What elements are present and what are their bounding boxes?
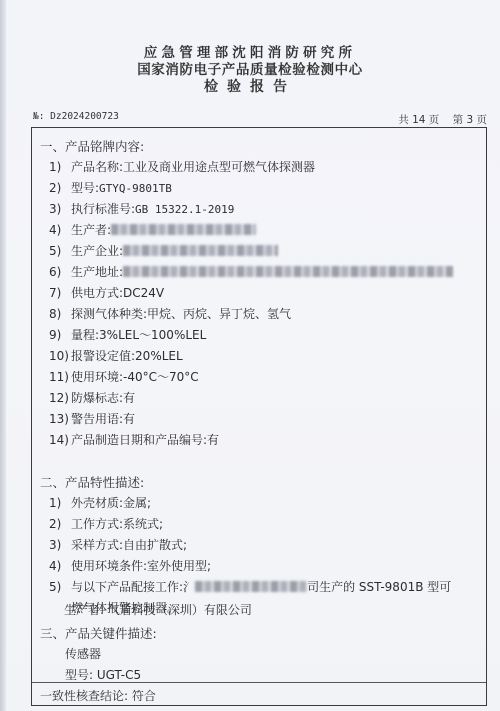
current-page: 第 3 页 bbox=[453, 114, 487, 126]
page-info: 共 14 页 第 3 页 bbox=[388, 112, 487, 127]
section1-title: 一、产品铭牌内容: bbox=[40, 137, 144, 155]
total-pages: 共 14 页 bbox=[398, 114, 439, 126]
redacted-address bbox=[123, 266, 453, 277]
redacted-enterprise bbox=[123, 245, 278, 256]
conformity-conclusion: 一致性核查结论: 符合 bbox=[40, 687, 156, 704]
s1-item-8: 8)探测气体种类:甲烷、丙烷、异丁烷、氢气 bbox=[49, 305, 291, 322]
redacted-controller-maker bbox=[195, 581, 307, 592]
center-name: 国家消防电子产品质量检验检测中心 bbox=[0, 58, 500, 78]
redacted-producer bbox=[111, 224, 256, 235]
s1-item-1: 1)产品名称:工业及商业用途点型可燃气体探测器 bbox=[49, 158, 315, 175]
s2-item-1: 1)外壳材质:金属; bbox=[49, 494, 151, 511]
component-model: 型号: UGT-C5 bbox=[65, 666, 141, 683]
component-manufacturer: 生产者: 气盾科技（深圳）有限公司 bbox=[64, 601, 252, 618]
report-number: №: Dz2024200723 bbox=[33, 111, 119, 122]
s2-item-4: 4)使用环境条件:室外使用型; bbox=[49, 557, 211, 574]
s1-item-13: 13)警告用语:有 bbox=[49, 410, 135, 427]
section3-title: 三、产品关键件描述: bbox=[40, 624, 157, 642]
component-name: 传感器 bbox=[65, 645, 101, 662]
s1-item-2: 2)型号:GTYQ-9801TB bbox=[49, 179, 172, 196]
s1-item-9: 9)量程:3%LEL～100%LEL bbox=[49, 326, 206, 343]
s1-item-5: 5)生产企业: bbox=[49, 242, 278, 259]
s1-item-11: 11)使用环境:-40°C～70°C bbox=[49, 368, 199, 385]
s2-item-3: 3)采样方式:自由扩散式; bbox=[49, 536, 187, 553]
s1-item-14: 14)产品制造日期和产品编号:有 bbox=[49, 431, 219, 448]
s1-item-10: 10)报警设定值:20%LEL bbox=[49, 347, 183, 364]
section2-title: 二、产品特性描述: bbox=[40, 473, 144, 491]
conclusion-divider bbox=[32, 682, 486, 683]
s1-item-3: 3)执行标准号:GB 15322.1-2019 bbox=[49, 200, 234, 217]
content-box: 一、产品铭牌内容: 1)产品名称:工业及商业用途点型可燃气体探测器 2)型号:G… bbox=[31, 127, 487, 706]
s1-item-6: 6)生产地址: bbox=[49, 263, 453, 280]
s1-item-7: 7)供电方式:DC24V bbox=[49, 284, 164, 301]
report-meta: №: Dz2024200723 共 14 页 第 3 页 bbox=[33, 111, 489, 125]
report-title: 检验报告 bbox=[0, 76, 500, 96]
s2-item-2: 2)工作方式:系统式; bbox=[49, 515, 163, 532]
s1-item-4: 4)生产者: bbox=[49, 221, 256, 238]
s1-item-12: 12)防爆标志:有 bbox=[49, 389, 135, 406]
s2-item-5: 5)与以下产品配接工作:氵司生产的 SST-9801B 型可 bbox=[49, 578, 451, 595]
